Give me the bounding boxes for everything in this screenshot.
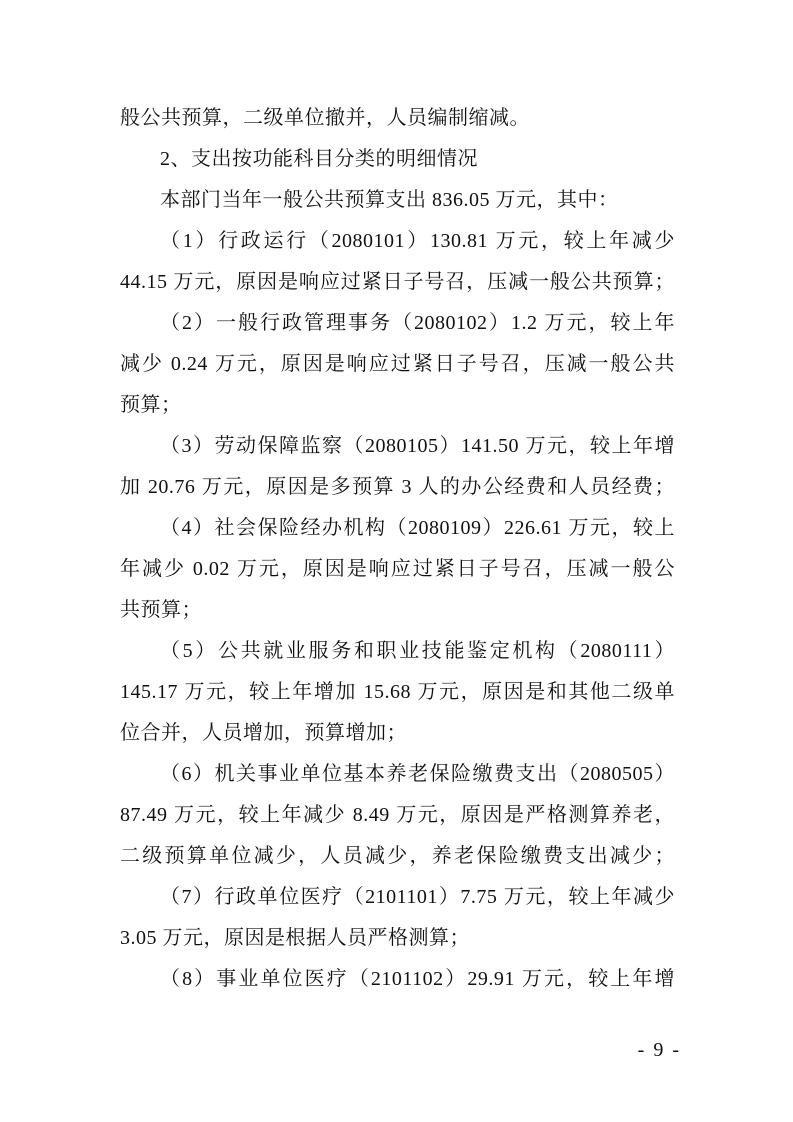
text-line: （8）事业单位医疗（2101102）29.91 万元，较上年增 [120, 959, 675, 1000]
text-line: 预算； [120, 385, 675, 426]
text-line: 3.05 万元，原因是根据人员严格测算； [120, 918, 675, 959]
text-line: （5）公共就业服务和职业技能鉴定机构（2080111） [120, 631, 675, 672]
text-line: （2）一般行政管理事务（2080102）1.2 万元，较上年 [120, 303, 675, 344]
text-line: （4）社会保险经办机构（2080109）226.61 万元，较上 [120, 508, 675, 549]
text-line: 位合并，人员增加，预算增加； [120, 713, 675, 754]
text-line: 加 20.76 万元，原因是多预算 3 人的办公经费和人员经费； [120, 467, 675, 508]
text-line: 二级预算单位减少，人员减少，养老保险缴费支出减少； [120, 836, 675, 877]
text-line: （3）劳动保障监察（2080105）141.50 万元，较上年增 [120, 426, 675, 467]
text-line: （7）行政单位医疗（2101101）7.75 万元，较上年减少 [120, 877, 675, 918]
text-line: 年减少 0.02 万元，原因是响应过紧日子号召，压减一般公 [120, 549, 675, 590]
text-line: （1）行政运行（2080101）130.81 万元，较上年减少 [120, 221, 675, 262]
text-line: 145.17 万元，较上年增加 15.68 万元，原因是和其他二级单 [120, 672, 675, 713]
text-line: 共预算； [120, 590, 675, 631]
document-body: 般公共预算，二级单位撤并，人员编制缩减。2、支出按功能科目分类的明细情况本部门当… [120, 98, 675, 1000]
text-line: 87.49 万元，较上年减少 8.49 万元，原因是严格测算养老， [120, 795, 675, 836]
document-page: 般公共预算，二级单位撤并，人员编制缩减。2、支出按功能科目分类的明细情况本部门当… [0, 0, 793, 1122]
text-line: （6）机关事业单位基本养老保险缴费支出（2080505） [120, 754, 675, 795]
text-line: 本部门当年一般公共预算支出 836.05 万元，其中： [120, 180, 675, 221]
text-line: 2、支出按功能科目分类的明细情况 [120, 139, 675, 180]
text-line: 般公共预算，二级单位撤并，人员编制缩减。 [120, 98, 675, 139]
text-line: 44.15 万元，原因是响应过紧日子号召，压减一般公共预算； [120, 262, 675, 303]
page-number: - 9 - [638, 1036, 681, 1064]
text-line: 减少 0.24 万元，原因是响应过紧日子号召，压减一般公共 [120, 344, 675, 385]
